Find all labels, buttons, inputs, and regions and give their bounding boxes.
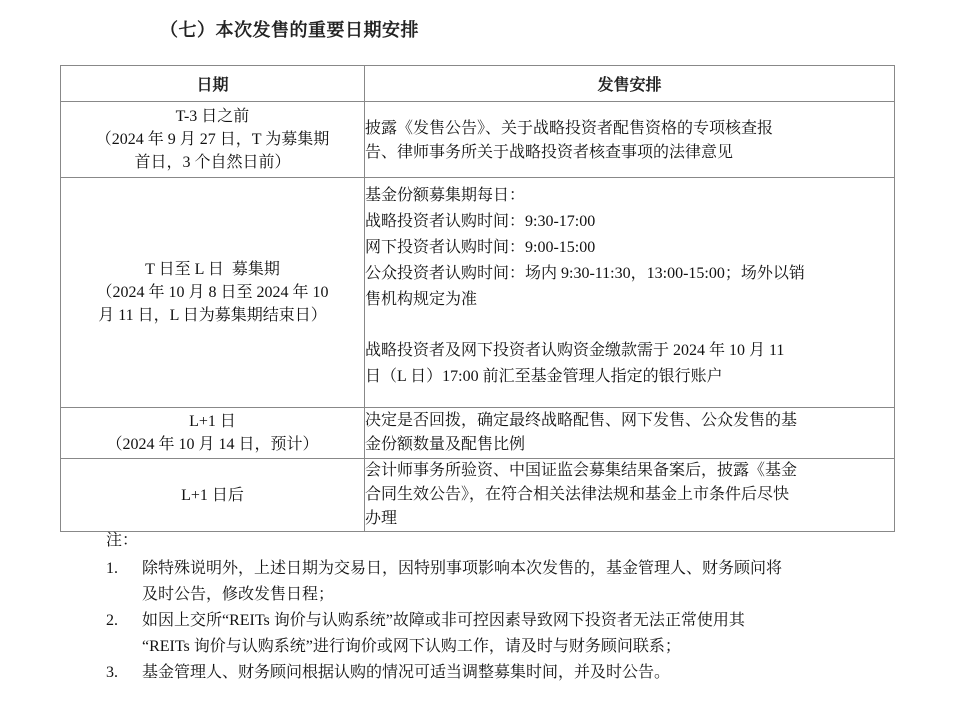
date-line: L+1 日后 — [61, 484, 364, 507]
arrangement-line: 网下投资者认购时间：9:00-15:00 — [365, 235, 894, 261]
arrangement-line: 披露《发售公告》、关于战略投资者配售资格的专项核查报 — [365, 117, 894, 141]
arrangement-cell: 基金份额募集期每日： 战略投资者认购时间：9:30-17:00 网下投资者认购时… — [365, 178, 895, 408]
table-row: L+1 日后 会计师事务所验资、中国证监会募集结果备案后，披露《基金 合同生效公… — [61, 459, 895, 532]
note-line: 及时公告，修改发售日程； — [142, 582, 866, 608]
date-line: （2024 年 10 月 8 日至 2024 年 10 — [61, 281, 364, 304]
date-line: T-3 日之前 — [61, 105, 364, 128]
date-line: T 日至 L 日 募集期 — [61, 258, 364, 281]
date-line: （2024 年 9 月 27 日，T 为募集期 — [61, 128, 364, 151]
arrangement-line: 战略投资者及网下投资者认购资金缴款需于 2024 年 10 月 11 — [365, 338, 894, 364]
table-header-row: 日期 发售安排 — [61, 66, 895, 102]
arrangement-line: 金份额数量及配售比例 — [365, 433, 894, 457]
notes-section: 注： 1. 除特殊说明外，上述日期为交易日，因特别事项影响本次发售的，基金管理人… — [106, 528, 866, 686]
note-item: 1. 除特殊说明外，上述日期为交易日，因特别事项影响本次发售的，基金管理人、财务… — [106, 556, 866, 608]
date-line: L+1 日 — [61, 410, 364, 433]
arrangement-cell: 决定是否回拨，确定最终战略配售、网下发售、公众发售的基 金份额数量及配售比例 — [365, 408, 895, 459]
date-cell: L+1 日后 — [61, 459, 365, 532]
header-date: 日期 — [61, 66, 365, 102]
note-number: 2. — [106, 608, 142, 660]
note-text: 基金管理人、财务顾问根据认购的情况可适当调整募集时间，并及时公告。 — [142, 660, 866, 686]
date-cell: T 日至 L 日 募集期 （2024 年 10 月 8 日至 2024 年 10… — [61, 178, 365, 408]
arrangement-line: 合同生效公告》，在符合相关法律法规和基金上市条件后尽快 — [365, 483, 894, 507]
section-title: （七）本次发售的重要日期安排 — [160, 16, 419, 42]
date-line: （2024 年 10 月 14 日，预计） — [61, 433, 364, 456]
date-line: 月 11 日，L 日为募集期结束日） — [61, 304, 364, 327]
arrangement-line: 战略投资者认购时间：9:30-17:00 — [365, 209, 894, 235]
table-row: T-3 日之前 （2024 年 9 月 27 日，T 为募集期 首日，3 个自然… — [61, 102, 895, 178]
note-text: 如因上交所“REITs 询价与认购系统”故障或非可控因素导致网下投资者无法正常使… — [142, 608, 866, 660]
note-text: 除特殊说明外，上述日期为交易日，因特别事项影响本次发售的，基金管理人、财务顾问将… — [142, 556, 866, 608]
note-line: 如因上交所“REITs 询价与认购系统”故障或非可控因素导致网下投资者无法正常使… — [142, 608, 866, 634]
arrangement-line: 日（L 日）17:00 前汇至基金管理人指定的银行账户 — [365, 364, 894, 390]
note-item: 3. 基金管理人、财务顾问根据认购的情况可适当调整募集时间，并及时公告。 — [106, 660, 866, 686]
date-cell: T-3 日之前 （2024 年 9 月 27 日，T 为募集期 首日，3 个自然… — [61, 102, 365, 178]
note-number: 1. — [106, 556, 142, 608]
arrangement-line: 售机构规定为准 — [365, 287, 894, 313]
date-cell: L+1 日 （2024 年 10 月 14 日，预计） — [61, 408, 365, 459]
schedule-table: 日期 发售安排 T-3 日之前 （2024 年 9 月 27 日，T 为募集期 … — [60, 65, 895, 532]
note-line: 除特殊说明外，上述日期为交易日，因特别事项影响本次发售的，基金管理人、财务顾问将 — [142, 556, 866, 582]
arrangement-cell: 披露《发售公告》、关于战略投资者配售资格的专项核查报 告、律师事务所关于战略投资… — [365, 102, 895, 178]
table-row: T 日至 L 日 募集期 （2024 年 10 月 8 日至 2024 年 10… — [61, 178, 895, 408]
arrangement-cell: 会计师事务所验资、中国证监会募集结果备案后，披露《基金 合同生效公告》，在符合相… — [365, 459, 895, 532]
arrangement-line: 告、律师事务所关于战略投资者核查事项的法律意见 — [365, 141, 894, 165]
table-row: L+1 日 （2024 年 10 月 14 日，预计） 决定是否回拨，确定最终战… — [61, 408, 895, 459]
notes-heading: 注： — [106, 528, 866, 554]
arrangement-line: 公众投资者认购时间：场内 9:30-11:30，13:00-15:00；场外以销 — [365, 261, 894, 287]
paragraph-spacer — [365, 313, 894, 338]
note-number: 3. — [106, 660, 142, 686]
date-line: 首日，3 个自然日前） — [61, 151, 364, 174]
note-item: 2. 如因上交所“REITs 询价与认购系统”故障或非可控因素导致网下投资者无法… — [106, 608, 866, 660]
arrangement-line: 决定是否回拨，确定最终战略配售、网下发售、公众发售的基 — [365, 409, 894, 433]
header-arrangement: 发售安排 — [365, 66, 895, 102]
arrangement-line: 会计师事务所验资、中国证监会募集结果备案后，披露《基金 — [365, 459, 894, 483]
note-line: 基金管理人、财务顾问根据认购的情况可适当调整募集时间，并及时公告。 — [142, 660, 866, 686]
arrangement-line: 基金份额募集期每日： — [365, 183, 894, 209]
note-line: “REITs 询价与认购系统”进行询价或网下认购工作，请及时与财务顾问联系； — [142, 634, 866, 660]
